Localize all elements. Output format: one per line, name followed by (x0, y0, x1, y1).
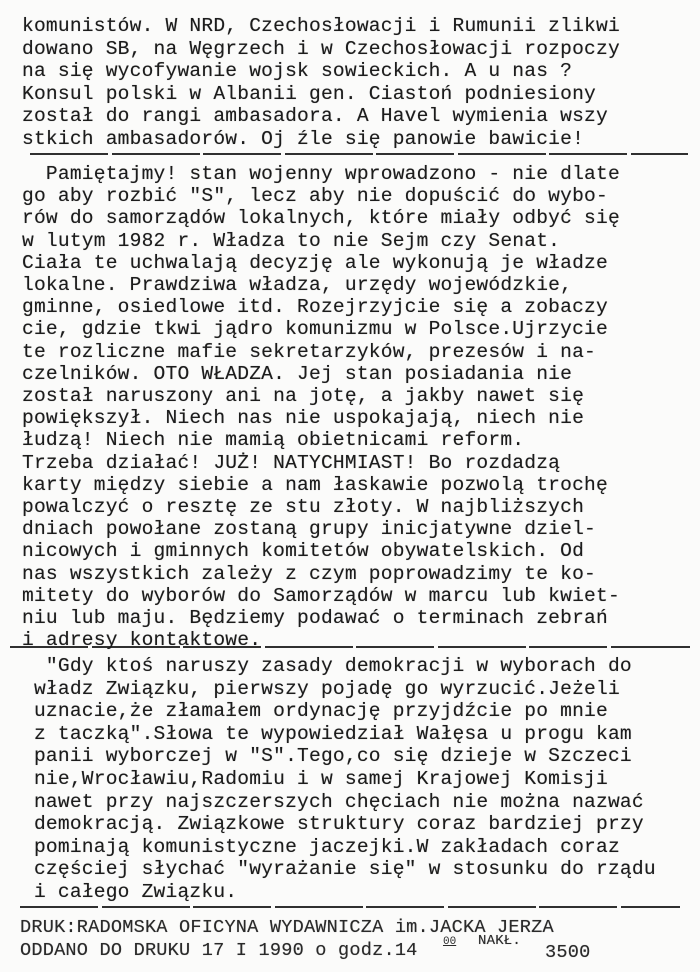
text-line: został do rangi ambasadora. A Havel wymi… (22, 105, 608, 127)
text-line: te rozliczne mafie sekretarzyków, prezes… (22, 341, 596, 363)
text-line: rów do samorządów lokalnych, które miały… (22, 207, 620, 229)
text-line: nicowych i gminnych komitetów obywatelsk… (22, 540, 584, 562)
text-line: uznacie,że złamałem ordynację przyjdźcie… (22, 700, 608, 722)
footer-publisher-line: DRUK:RADOMSKA OFICYNA WYDAWNICZA im.JACK… (20, 917, 554, 939)
text-line: Trzeba działać! JUŻ! NATYCHMIAST! Bo roz… (22, 452, 560, 474)
text-line: komunistów. W NRD, Czechosłowacji i Rumu… (22, 15, 620, 37)
text-line: gminne, osiedlowe itd. Rozejrzyjcie się … (22, 296, 608, 318)
text-line: lokalne. Prawdziwa władza, urzędy wojewó… (22, 274, 572, 296)
separator-rule-2 (10, 646, 690, 648)
text-line: nas wszystkich zależy z czym poprowadzim… (22, 563, 596, 585)
text-line: go aby rozbić "S", lecz aby nie dopuścić… (22, 185, 608, 207)
text-line: "Gdy ktoś naruszy zasady demokracji w wy… (22, 655, 632, 677)
separator-rule-3 (20, 906, 680, 908)
text-line: dniach powołane zostaną grupy inicjatywn… (22, 518, 596, 540)
text-line: karty między siebie a nam łaskawie pozwo… (22, 474, 608, 496)
text-line: w lutym 1982 r. Władza to nie Sejm czy S… (22, 230, 560, 252)
text-line: pominają komunistyczne jaczejki.W zakład… (22, 836, 620, 858)
footer-time-superscript: 00 (443, 937, 456, 948)
text-line: nawet przy najszczerszych chęciach nie m… (22, 791, 644, 813)
text-line: Ciała te uchwalają decyzję ale wykonują … (22, 252, 608, 274)
text-line: cie, gdzie tkwi jądro komunizmu w Polsce… (22, 318, 608, 340)
text-line: czelników. OTO WŁADZA. Jej stan posiadan… (22, 363, 572, 385)
text-line: Pamiętajmy! stan wojenny wprowadzono - n… (22, 163, 620, 185)
text-line: został naruszony ani na jotę, a jakby na… (22, 385, 584, 407)
text-line: niu lub maju. Będziemy podawać o termina… (22, 607, 608, 629)
text-line: łudzą! Niech nie mamią obietnicami refor… (22, 429, 524, 451)
text-line: powiększył. Niech nas nie uspokajają, ni… (22, 407, 584, 429)
text-line: mitety do wyborów do Samorządów w marcu … (22, 585, 620, 607)
text-line: powalczyć o resztę ze stu złoty. W najbl… (22, 496, 584, 518)
separator-rule-1 (30, 153, 688, 155)
text-line: dowano SB, na Węgrzech i w Czechosłowacj… (22, 38, 620, 60)
text-line: stkich ambasadorów. Oj źle się panowie b… (22, 128, 584, 150)
typewritten-page: komunistów. W NRD, Czechosłowacji i Rumu… (0, 0, 700, 972)
text-line: nie,Wrocławiu,Radomiu i w samej Krajowej… (22, 768, 608, 790)
text-line: i całego Związku. (22, 881, 237, 903)
text-line: demokracją. Związkowe struktury coraz ba… (22, 813, 644, 835)
text-line: Konsul polski w Albanii gen. Ciastoń pod… (22, 83, 596, 105)
text-line: władz Związku, pierwszy pojadę go wyrzuc… (22, 678, 620, 700)
text-line: na się wycofywanie wojsk sowieckich. A u… (22, 60, 572, 82)
footer-run-count: 3500 (545, 942, 590, 964)
footer-print-date-line: ODDANO DO DRUKU 17 I 1990 o godz.14 (20, 940, 418, 962)
text-line: panii wyborczej w "S".Tego,co się dzieje… (22, 745, 632, 767)
footer-run-label: NAKŁ. (478, 930, 521, 952)
text-line: z taczką".Słowa te wypowiedział Wałęsa u… (22, 723, 632, 745)
text-line: częściej słychać "wyrażanie się" w stosu… (22, 858, 656, 880)
